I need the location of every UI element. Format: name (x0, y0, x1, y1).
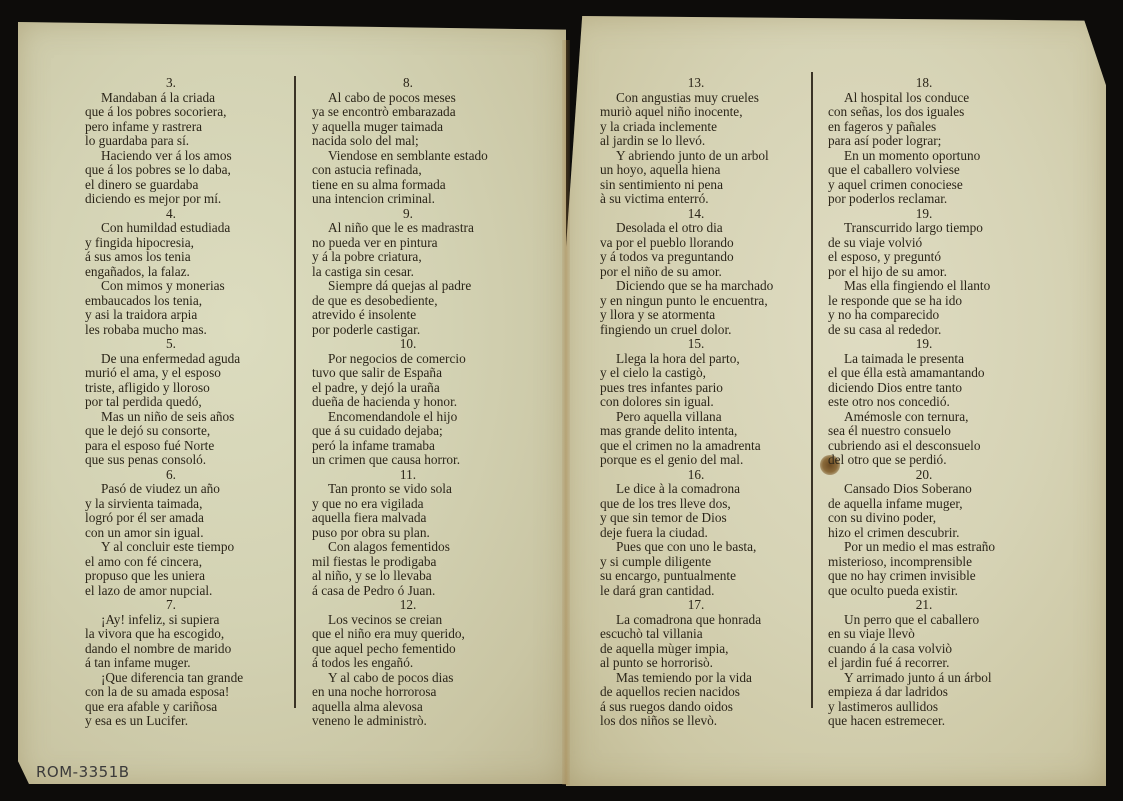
verse-line: peró la infame tramaba (312, 439, 512, 454)
verse-line: Por un medio el mas estraño (828, 540, 1028, 555)
verse-line: La taimada le presenta (828, 352, 1028, 367)
verse-line: dueña de hacienda y honor. (312, 395, 512, 410)
verse-line: para así poder lograr; (828, 134, 1028, 149)
verse-line: con su divino poder, (828, 511, 1028, 526)
verse-line: en una noche horrorosa (312, 685, 512, 700)
verse-line: escuchò tal villania (600, 627, 800, 642)
verse-line: va por el pueblo llorando (600, 236, 800, 251)
center-fold (562, 40, 570, 785)
verse-line: sea él nuestro consuelo (828, 424, 1028, 439)
verse-line: Y al cabo de pocos dias (312, 671, 512, 686)
verse-line: y que no era vigilada (312, 497, 512, 512)
verse-line: propuso que les uniera (85, 569, 265, 584)
stanza-number: 7. (85, 598, 265, 613)
verse-line: que le dejó su consorte, (85, 424, 265, 439)
verse-line: le responde que se ha ido (828, 294, 1028, 309)
verse-line: los dos niños se llevò. (600, 714, 800, 729)
verse-line: al jardin se lo llevó. (600, 134, 800, 149)
verse-line: de aquella infame muger, (828, 497, 1028, 512)
verse-line: á tan infame muger. (85, 656, 265, 671)
verse-line: Pasó de viudez un año (85, 482, 265, 497)
verse-line: el padre, y dejó la uraña (312, 381, 512, 396)
stanza-number: 4. (85, 207, 265, 222)
column-1: 3.Mandaban á la criadaque á los pobres s… (85, 76, 265, 729)
verse-line: dando el nombre de marido (85, 642, 265, 657)
verse-line: y lastimeros aullidos (828, 700, 1028, 715)
verse-line: y llora y se atormenta (600, 308, 800, 323)
verse-line: á todos les engañó. (312, 656, 512, 671)
verse-line: á sus amos los tenia (85, 250, 265, 265)
stanza-number: 19. (828, 207, 1028, 222)
verse-line: atrevido é insolente (312, 308, 512, 323)
verse-line: Y al concluir este tiempo (85, 540, 265, 555)
stanza-number: 9. (312, 207, 512, 222)
verse-line: de que es desobediente, (312, 294, 512, 309)
verse-line: Llega la hora del parto, (600, 352, 800, 367)
verse-line: deje fuera la ciudad. (600, 526, 800, 541)
verse-line: Tan pronto se vido sola (312, 482, 512, 497)
verse-line: en su viaje llevò (828, 627, 1028, 642)
verse-line: Y arrimado junto á un árbol (828, 671, 1028, 686)
verse-line: tuvo que salir de España (312, 366, 512, 381)
column-2: 8.Al cabo de pocos mesesya se encontrò e… (312, 76, 512, 729)
verse-line: Al cabo de pocos meses (312, 91, 512, 106)
verse-line: à su victima enterró. (600, 192, 800, 207)
verse-line: la vivora que ha escogido, (85, 627, 265, 642)
column-3: 13.Con angustias muy cruelesmuriò aquel … (600, 76, 800, 729)
column-4: 18.Al hospital los conducecon señas, los… (828, 76, 1028, 729)
verse-line: En un momento oportuno (828, 149, 1028, 164)
verse-line: diciendo es mejor por mí. (85, 192, 265, 207)
verse-line: engañados, la falaz. (85, 265, 265, 280)
stanza-number: 11. (312, 468, 512, 483)
verse-line: Mandaban á la criada (85, 91, 265, 106)
verse-line: porque es el genio del mal. (600, 453, 800, 468)
stanza-number: 10. (312, 337, 512, 352)
verse-line: La comadrona que honrada (600, 613, 800, 628)
verse-line: que el caballero volviese (828, 163, 1028, 178)
verse-line: Haciendo ver á los amos (85, 149, 265, 164)
verse-line: muriò aquel niño inocente, (600, 105, 800, 120)
verse-line: Con angustias muy crueles (600, 91, 800, 106)
verse-line: no pueda ver en pintura (312, 236, 512, 251)
verse-line: y aquella muger taimada (312, 120, 512, 135)
stanza-number: 20. (828, 468, 1028, 483)
column-divider-right (811, 72, 813, 708)
verse-line: que el niño era muy querido, (312, 627, 512, 642)
verse-line: mas grande delito intenta, (600, 424, 800, 439)
verse-line: y asi la traidora arpia (85, 308, 265, 323)
verse-line: con dolores sin igual. (600, 395, 800, 410)
verse-line: triste, afligido y lloroso (85, 381, 265, 396)
verse-line: aquella fiera malvada (312, 511, 512, 526)
verse-line: Mas ella fingiendo el llanto (828, 279, 1028, 294)
verse-line: el lazo de amor nupcial. (85, 584, 265, 599)
verse-line: Pues que con uno le basta, (600, 540, 800, 555)
verse-line: de su viaje volvió (828, 236, 1028, 251)
verse-line: veneno le administrò. (312, 714, 512, 729)
verse-line: Con mimos y monerias (85, 279, 265, 294)
verse-line: Con alagos fementidos (312, 540, 512, 555)
verse-line: un hoyo, aquella hiena (600, 163, 800, 178)
verse-line: mil fiestas le prodigaba (312, 555, 512, 570)
verse-line: Encomendandole el hijo (312, 410, 512, 425)
verse-line: que á los pobres socoriera, (85, 105, 265, 120)
verse-line: que aquel pecho fementido (312, 642, 512, 657)
verse-line: les robaba mucho mas. (85, 323, 265, 338)
verse-line: el esposo, y preguntó (828, 250, 1028, 265)
verse-line: por poderlos reclamar. (828, 192, 1028, 207)
stanza-number: 17. (600, 598, 800, 613)
verse-line: y la criada inclemente (600, 120, 800, 135)
verse-line: de su casa al rededor. (828, 323, 1028, 338)
verse-line: y á la pobre criatura, (312, 250, 512, 265)
verse-line: y que sin temor de Dios (600, 511, 800, 526)
verse-line: aquella alma alevosa (312, 700, 512, 715)
stanza-number: 3. (85, 76, 265, 91)
verse-line: ya se encontrò embarazada (312, 105, 512, 120)
verse-line: que el crimen no la amadrenta (600, 439, 800, 454)
stanza-number: 16. (600, 468, 800, 483)
verse-line: al niño, y se lo llevaba (312, 569, 512, 584)
verse-line: un crimen que causa horror. (312, 453, 512, 468)
verse-line: para el esposo fué Norte (85, 439, 265, 454)
verse-line: y en ningun punto le encuentra, (600, 294, 800, 309)
verse-line: y esa es un Lucifer. (85, 714, 265, 729)
verse-line: pues tres infantes pario (600, 381, 800, 396)
stanza-number: 8. (312, 76, 512, 91)
verse-line: y fingida hipocresia, (85, 236, 265, 251)
verse-line: que á los pobres se lo daba, (85, 163, 265, 178)
verse-line: y si cumple diligente (600, 555, 800, 570)
verse-line: pero infame y rastrera (85, 120, 265, 135)
stanza-number: 14. (600, 207, 800, 222)
verse-line: empieza á dar ladridos (828, 685, 1028, 700)
stanza-number: 18. (828, 76, 1028, 91)
verse-line: hizo el crimen descubrir. (828, 526, 1028, 541)
verse-line: una intencion criminal. (312, 192, 512, 207)
verse-line: Desolada el otro dia (600, 221, 800, 236)
verse-line: logró por él ser amada (85, 511, 265, 526)
verse-line: Pero aquella villana (600, 410, 800, 425)
verse-line: Siempre dá quejas al padre (312, 279, 512, 294)
verse-line: con la de su amada esposa! (85, 685, 265, 700)
verse-line: puso por obra su plan. (312, 526, 512, 541)
verse-line: que á su cuidado dejaba; (312, 424, 512, 439)
verse-line: que hacen estremecer. (828, 714, 1028, 729)
verse-line: con un amor sin igual. (85, 526, 265, 541)
verse-line: á casa de Pedro ó Juan. (312, 584, 512, 599)
stanza-number: 6. (85, 468, 265, 483)
verse-line: y á todos va preguntando (600, 250, 800, 265)
catalog-label: ROM-3351B (36, 763, 130, 781)
verse-line: Transcurrido largo tiempo (828, 221, 1028, 236)
verse-line: De una enfermedad aguda (85, 352, 265, 367)
verse-line: ¡Ay! infeliz, si supiera (85, 613, 265, 628)
verse-line: por poderle castigar. (312, 323, 512, 338)
stanza-number: 21. (828, 598, 1028, 613)
verse-line: Amémosle con ternura, (828, 410, 1028, 425)
verse-line: ¡Que diferencia tan grande (85, 671, 265, 686)
verse-line: lo guardaba para sí. (85, 134, 265, 149)
verse-line: fingiendo un cruel dolor. (600, 323, 800, 338)
verse-line: Por negocios de comercio (312, 352, 512, 367)
verse-line: y la sirvienta taimada, (85, 497, 265, 512)
verse-line: Al hospital los conduce (828, 91, 1028, 106)
verse-line: Le dice à la comadrona (600, 482, 800, 497)
verse-line: por el niño de su amor. (600, 265, 800, 280)
verse-line: Un perro que el caballero (828, 613, 1028, 628)
verse-line: cubriendo asi el desconsuelo (828, 439, 1028, 454)
verse-line: y aquel crimen conociese (828, 178, 1028, 193)
verse-line: el dinero se guardaba (85, 178, 265, 193)
verse-line: que no hay crimen invisible (828, 569, 1028, 584)
verse-line: diciendo Dios entre tanto (828, 381, 1028, 396)
verse-line: el que élla està amamantando (828, 366, 1028, 381)
verse-line: que sus penas consoló. (85, 453, 265, 468)
verse-line: Y abriendo junto de un arbol (600, 149, 800, 164)
verse-line: que era afable y cariñosa (85, 700, 265, 715)
verse-line: Con humildad estudiada (85, 221, 265, 236)
verse-line: que de los tres lleve dos, (600, 497, 800, 512)
verse-line: á sus ruegos dando oidos (600, 700, 800, 715)
stanza-number: 15. (600, 337, 800, 352)
verse-line: por tal perdida quedó, (85, 395, 265, 410)
verse-line: por el hijo de su amor. (828, 265, 1028, 280)
verse-line: Los vecinos se creian (312, 613, 512, 628)
verse-line: le dará gran cantidad. (600, 584, 800, 599)
verse-line: la castiga sin cesar. (312, 265, 512, 280)
stanza-number: 13. (600, 76, 800, 91)
verse-line: en fageros y pañales (828, 120, 1028, 135)
verse-line: Diciendo que se ha marchado (600, 279, 800, 294)
stanza-number: 12. (312, 598, 512, 613)
verse-line: del otro que se perdió. (828, 453, 1028, 468)
verse-line: tiene en su alma formada (312, 178, 512, 193)
verse-line: Mas un niño de seis años (85, 410, 265, 425)
stanza-number: 19. (828, 337, 1028, 352)
column-divider-left (294, 76, 296, 708)
verse-line: murió el ama, y el esposo (85, 366, 265, 381)
verse-line: misterioso, incomprensible (828, 555, 1028, 570)
verse-line: embaucados los tenia, (85, 294, 265, 309)
verse-line: sin sentimiento ni pena (600, 178, 800, 193)
verse-line: Viendose en semblante estado (312, 149, 512, 164)
verse-line: su encargo, puntualmente (600, 569, 800, 584)
verse-line: cuando á la casa volviò (828, 642, 1028, 657)
verse-line: de aquella mùger impia, (600, 642, 800, 657)
verse-line: con astucia refinada, (312, 163, 512, 178)
verse-line: Mas temiendo por la vida (600, 671, 800, 686)
verse-line: al punto se horrorisò. (600, 656, 800, 671)
stanza-number: 5. (85, 337, 265, 352)
verse-line: Al niño que le es madrastra (312, 221, 512, 236)
verse-line: Cansado Dios Soberano (828, 482, 1028, 497)
verse-line: que oculto pueda existir. (828, 584, 1028, 599)
verse-line: este otro nos concedió. (828, 395, 1028, 410)
verse-line: y el cielo la castigò, (600, 366, 800, 381)
verse-line: con señas, los dos iguales (828, 105, 1028, 120)
verse-line: el amo con fé cincera, (85, 555, 265, 570)
verse-line: el jardin fué á recorrer. (828, 656, 1028, 671)
verse-line: de aquellos recien nacidos (600, 685, 800, 700)
verse-line: y no ha comparecido (828, 308, 1028, 323)
verse-line: nacida solo del mal; (312, 134, 512, 149)
